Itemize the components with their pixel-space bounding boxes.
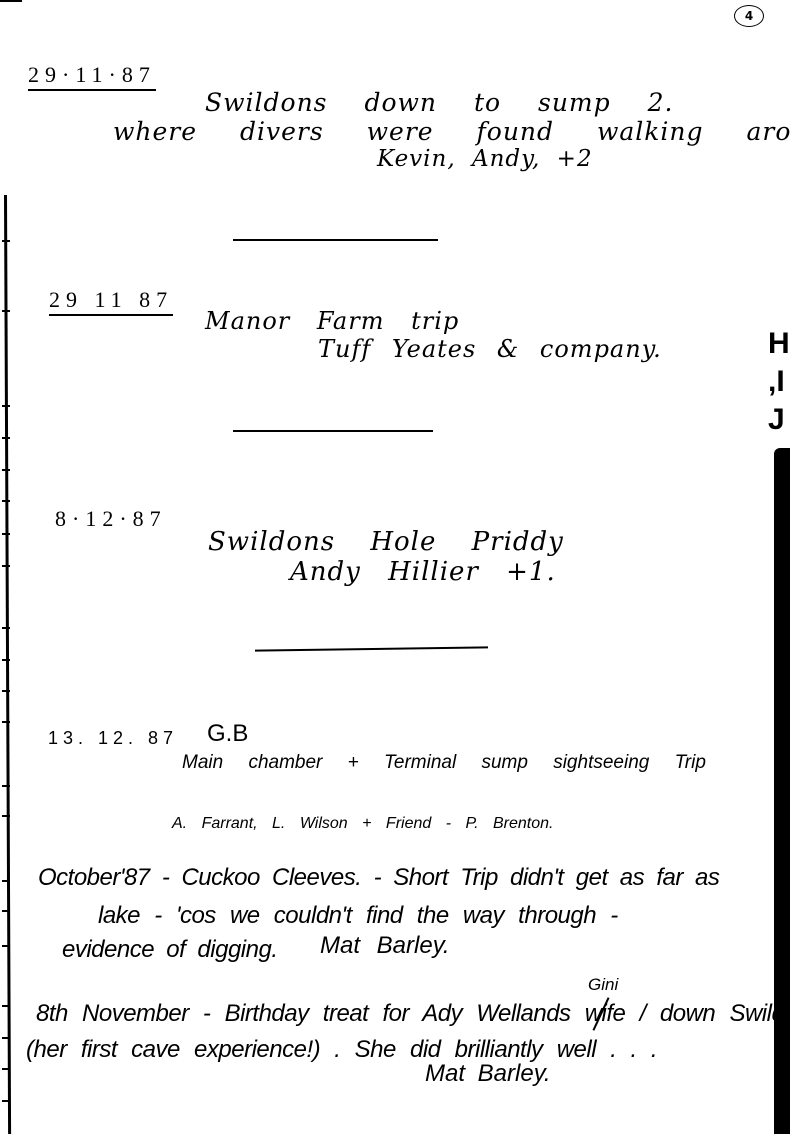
margin-tick [2, 565, 10, 567]
entry-date: 8·12·87 [55, 506, 167, 532]
margin-tick [2, 533, 10, 535]
edge-letter: ,I [768, 363, 790, 401]
notebook-page: 4 H ,I J 29·11·87 Swildons down to sump … [0, 0, 790, 1134]
margin-tick [2, 1068, 10, 1070]
margin-tick [2, 945, 10, 947]
margin-tick [2, 659, 10, 661]
margin-tick [2, 690, 10, 692]
entry-text: where divers were found walking around. [113, 117, 790, 146]
margin-tick [2, 469, 10, 471]
entry-text: evidence of digging. [62, 936, 278, 964]
entry-text: Manor Farm trip [205, 307, 459, 335]
entry-participants: Andy Hillier +1. [290, 557, 556, 587]
margin-tick [2, 721, 10, 723]
margin-tick [2, 310, 10, 312]
entry-participants: Tuff Yeates & company. [318, 335, 662, 363]
margin-tick [2, 1037, 10, 1039]
margin-tick [2, 1005, 10, 1007]
page-number: 4 [734, 5, 764, 27]
entry-text: October'87 - Cuckoo Cleeves. - Short Tri… [38, 864, 719, 892]
entry-location: G.B [207, 720, 248, 748]
margin-tick [2, 627, 10, 629]
entry-date: 29·11·87 [28, 62, 156, 91]
adjacent-page-edge: H ,I J [768, 325, 790, 439]
entry-signature: Mat Barley. [320, 932, 450, 960]
entry-text: Swildons Hole Priddy [208, 527, 564, 557]
entry-divider [233, 239, 438, 241]
entry-text: Main chamber + Terminal sump sightseeing… [182, 752, 706, 774]
entry-text: lake - 'cos we couldn't find the way thr… [98, 902, 618, 930]
entry-participants: A. Farrant, L. Wilson + Friend - P. Bren… [172, 815, 553, 833]
entry-text: Swildons down to sump 2. [205, 88, 673, 117]
entry-text: (her first cave experience!) . She did b… [26, 1036, 657, 1064]
margin-tick [2, 405, 10, 407]
entry-participants: Kevin, Andy, +2 [377, 146, 593, 172]
edge-letter: H [768, 325, 790, 363]
margin-tick [2, 1100, 10, 1102]
margin-tick [2, 910, 10, 912]
margin-tick [2, 437, 10, 439]
margin-tick [2, 240, 10, 242]
margin-tick [2, 500, 10, 502]
adjacent-page-shadow [774, 448, 790, 1134]
entry-text: 8th November - Birthday treat for Ady We… [36, 1000, 790, 1028]
margin-tick [2, 785, 10, 787]
entry-date: 13. 12. 87 [48, 728, 178, 749]
corner-mark [0, 0, 22, 2]
entry-divider [255, 646, 488, 651]
entry-signature: Mat Barley. [425, 1060, 551, 1088]
margin-tick [2, 815, 10, 817]
entry-divider [233, 430, 433, 432]
margin-tick [2, 880, 10, 882]
entry-date: 29 11 87 [49, 287, 173, 316]
entry-insertion: Gini [588, 975, 618, 995]
binding-line [4, 195, 11, 1134]
edge-letter: J [768, 401, 790, 439]
